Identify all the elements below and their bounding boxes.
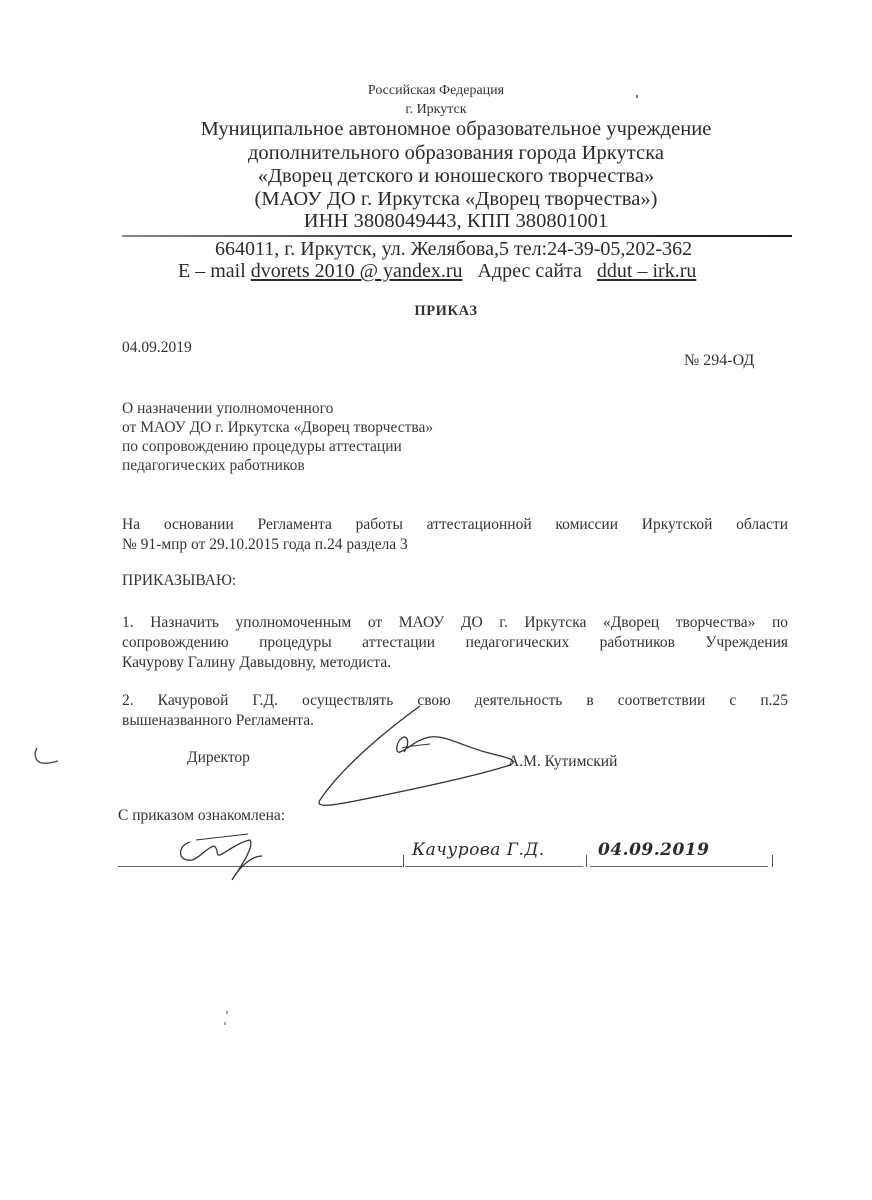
acknowledgment-signature-icon (0, 0, 872, 1200)
ack-handwritten-date: 04.09.2019 (598, 840, 709, 860)
ack-handwritten-name: Качурова Г.Д. (412, 840, 545, 860)
